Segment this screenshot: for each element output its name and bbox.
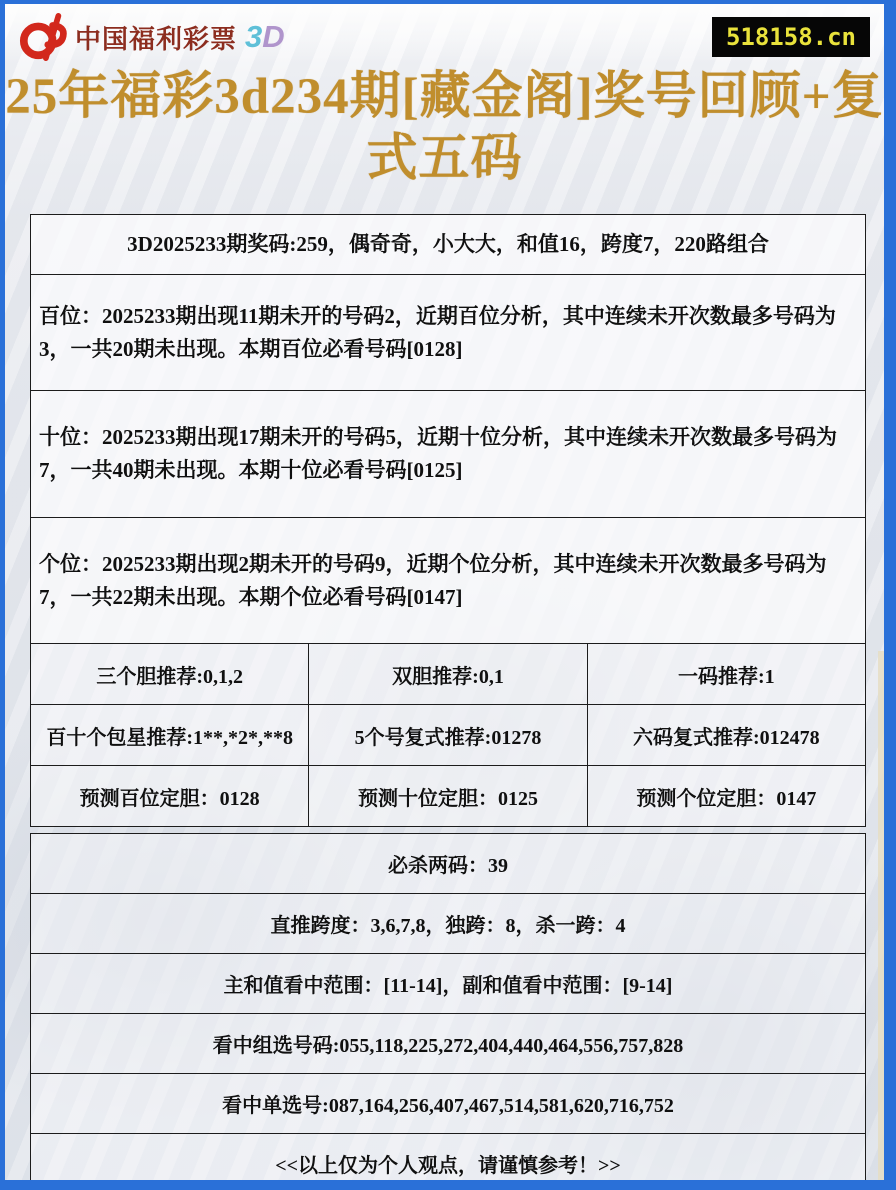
cell-five-fushi: 5个号复式推荐:01278 [309,705,587,766]
analysis-box-units: 个位：2025233期出现2期未开的号码9，近期个位分析，其中连续未开次数最多号… [30,517,866,644]
cwl-logo: 中国福利彩票 3D [17,13,285,61]
cell-double-dan: 双胆推荐:0,1 [309,644,587,705]
table-row: 三个胆推荐:0,1,2 双胆推荐:0,1 一码推荐:1 [31,644,866,705]
page-title: 25年福彩3d234期[藏金阁]奖号回顾+复式五码 [5,66,884,190]
logo-product-3: 3 [245,19,262,54]
analysis-box-hundreds: 百位：2025233期出现11期未开的号码2，近期百位分析，其中连续未开次数最多… [30,274,866,391]
page-frame: 中国福利彩票 3D 518158.cn 25年福彩3d234期[藏金阁]奖号回顾… [0,0,896,1190]
main-content: 3D2025233期奖码:259，偶奇奇，小大大，和值16，跨度7，220路组合… [30,214,866,1190]
analysis-units-text: 个位：2025233期出现2期未开的号码9，近期个位分析，其中连续未开次数最多号… [31,548,865,613]
group-selection-row: 看中组选号码:055,118,225,272,404,440,464,556,7… [30,1013,866,1074]
analysis-box-tens: 十位：2025233期出现17期未开的号码5，近期十位分析，其中连续未开次数最多… [30,390,866,518]
cell-predict-tens: 预测十位定胆：0125 [309,766,587,827]
sum-value-range-row: 主和值看中范围：[11-14]，副和值看中范围：[9-14] [30,953,866,1014]
table-row: 预测百位定胆：0128 预测十位定胆：0125 预测个位定胆：0147 [31,766,866,827]
analysis-tens-text: 十位：2025233期出现17期未开的号码5，近期十位分析，其中连续未开次数最多… [31,421,865,486]
kill-two-codes-row: 必杀两码：39 [30,833,866,894]
logo-brand-text: 中国福利彩票 [75,19,237,56]
header: 中国福利彩票 3D 518158.cn [5,4,884,62]
recommendation-table: 三个胆推荐:0,1,2 双胆推荐:0,1 一码推荐:1 百十个包星推荐:1**,… [30,643,866,827]
single-selection-row: 看中单选号:087,164,256,407,467,514,581,620,71… [30,1073,866,1134]
span-recommend-row: 直推跨度：3,6,7,8，独跨：8，杀一跨：4 [30,893,866,954]
logo-product-text: 3D [245,19,285,55]
cell-one-code: 一码推荐:1 [587,644,865,705]
cell-star-wrap: 百十个包星推荐:1**,*2*,**8 [31,705,309,766]
logo-product-d: D [262,19,284,54]
cwl-lottery-icon [17,13,69,61]
cell-three-dan: 三个胆推荐:0,1,2 [31,644,309,705]
site-badge[interactable]: 518158.cn [712,17,870,58]
analysis-hundreds-text: 百位：2025233期出现11期未开的号码2，近期百位分析，其中连续未开次数最多… [31,300,865,365]
cell-six-fushi: 六码复式推荐:012478 [587,705,865,766]
single-column-list: 必杀两码：39 直推跨度：3,6,7,8，独跨：8，杀一跨：4 主和值看中范围：… [30,833,866,1190]
disclaimer-row: <<以上仅为个人观点，请谨慎参考！>> [30,1133,866,1190]
cell-predict-hundreds: 预测百位定胆：0128 [31,766,309,827]
draw-summary-box: 3D2025233期奖码:259，偶奇奇，小大大，和值16，跨度7，220路组合 [30,214,866,275]
table-row: 百十个包星推荐:1**,*2*,**8 5个号复式推荐:01278 六码复式推荐… [31,705,866,766]
cell-predict-units: 预测个位定胆：0147 [587,766,865,827]
draw-summary-text: 3D2025233期奖码:259，偶奇奇，小大大，和值16，跨度7，220路组合 [119,228,777,261]
